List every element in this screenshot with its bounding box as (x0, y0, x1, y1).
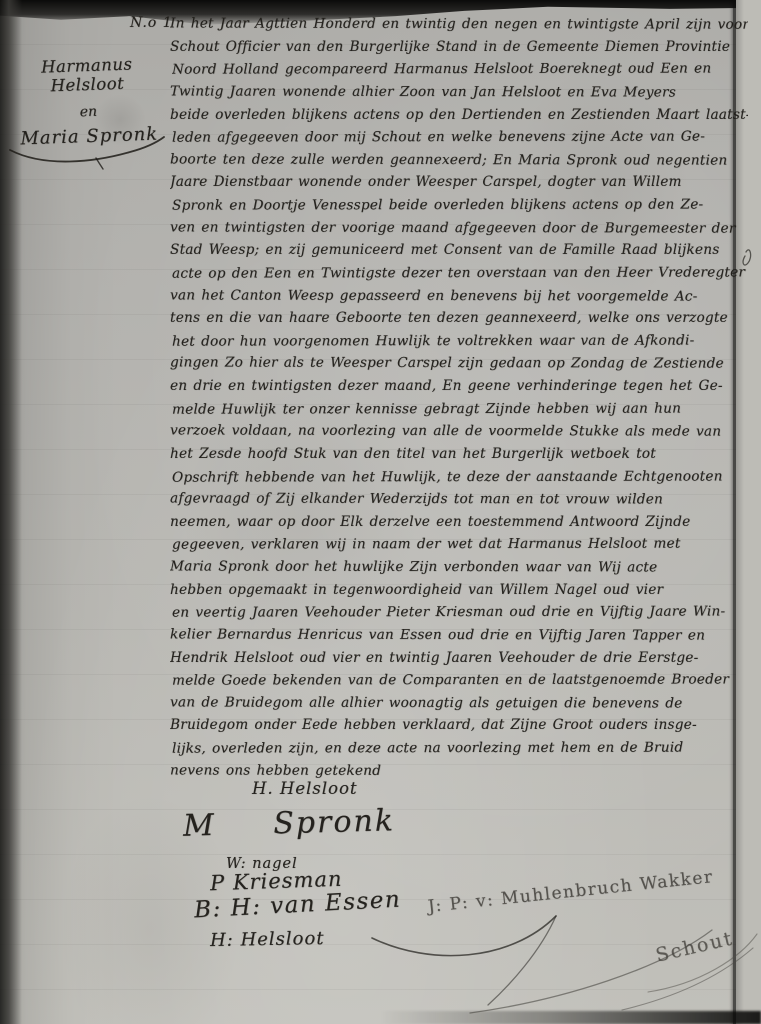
margin-conjunction: en (4, 101, 172, 123)
act-number: N.o 1 (130, 15, 173, 31)
margin-underline-spur (96, 158, 103, 169)
handwritten-line: verzoek voldaan, na voorlezing van alle … (170, 420, 748, 444)
handwritten-line: Bruidegom onder Eede hebben verklaard, d… (170, 714, 748, 737)
margin-annotation: Harmanus Helsloot en Maria Spronk (2, 53, 173, 150)
handwritten-line: lijks, overleden zijn, en deze acte na v… (172, 736, 750, 760)
margin-groom-name: Harmanus Helsloot (2, 53, 171, 97)
handwritten-line: Spronk en Doortje Venesspel beide overle… (172, 193, 750, 217)
handwritten-line: Opschrift hebbende van het Huwlijk, te d… (172, 465, 750, 489)
handwritten-line: tens en die van haare Geboorte ten dezen… (170, 307, 748, 330)
handwritten-line: ven en twintigsten der voorige maand afg… (170, 216, 748, 240)
signature-officer: J: P: v: Muhlenbruch Wakker (427, 867, 714, 917)
body-text: In het Jaar Agttien Honderd en twintig d… (170, 13, 748, 782)
handwritten-line: het Zesde hoofd Stuk van den titel van h… (170, 443, 748, 466)
handwritten-line: boorte ten deze zulle werden geannexeerd… (170, 148, 748, 172)
handwritten-line: van het Canton Weesp gepasseerd en benev… (170, 284, 748, 308)
handwritten-line: melde Huwlijk ter onzer kennisse gebragt… (172, 397, 750, 421)
van-essen-flourish (372, 916, 556, 956)
closing-signature-groom: H. Helsloot (252, 779, 358, 798)
handwritten-line: melde Goede bekenden van de Comparanten … (172, 669, 750, 693)
handwritten-line: afgevraagd of Zij elkander Wederzijds to… (170, 488, 748, 512)
scan-edge-bottom (380, 1011, 761, 1024)
handwritten-line: gingen Zo hier als te Weesper Carspel zi… (170, 352, 748, 376)
handwritten-line: leden afgegeeven door mij Schout en welk… (172, 126, 750, 150)
handwritten-line: van de Bruidegom alle alhier woonagtig a… (170, 691, 748, 715)
handwritten-line: In het Jaar Agttien Honderd en twintig d… (170, 12, 748, 36)
handwritten-line: beide overleden blijkens actens op den D… (170, 104, 748, 127)
van-essen-flourish-tail (488, 916, 556, 1005)
handwritten-line: Schout Officier van den Burgerlijke Stan… (170, 36, 748, 59)
handwritten-line: Jaare Dienstbaar wonende onder Weesper C… (170, 171, 748, 194)
handwritten-line: neemen, waar op door Elk derzelve een to… (170, 511, 748, 534)
book-binding-edge (0, 0, 22, 1024)
handwritten-line: Twintig Jaaren wonende alhier Zoon van J… (170, 80, 748, 104)
marriage-record-scan: N.o 1 Harmanus Helsloot en Maria Spronk … (0, 0, 761, 1024)
handwritten-line: Hendrik Helsloot oud vier en twintig Jaa… (170, 647, 748, 670)
handwritten-line: Stad Weesp; en zij gemuniceerd met Conse… (170, 239, 748, 262)
handwritten-line: acte op den Een en Twintigste dezer ten … (172, 261, 750, 285)
handwritten-line: Noord Holland gecompareerd Harmanus Hels… (172, 58, 750, 82)
handwritten-line: kelier Bernardus Henricus van Essen oud … (170, 623, 748, 647)
handwritten-line: en veertig Jaaren Veehouder Pieter Kries… (172, 601, 750, 625)
signature-witness-helsloot: H: Helsloot (210, 928, 325, 951)
signature-bride: M Spronk (183, 803, 396, 844)
handwritten-line: het door hun voorgenomen Huwlijk te volt… (172, 329, 750, 353)
handwritten-line: hebben opgemaakt in tegenwoordigheid van… (170, 579, 748, 602)
handwritten-line: Maria Spronk door het huwlijke Zijn verb… (170, 555, 748, 579)
handwritten-line: en drie en twintigsten dezer maand, En g… (170, 375, 748, 398)
margin-bride-name: Maria Spronk (5, 123, 174, 150)
handwritten-line: gegeeven, verklaren wij in naam der wet … (172, 533, 750, 557)
signature-officer-title: Schout (654, 927, 736, 966)
